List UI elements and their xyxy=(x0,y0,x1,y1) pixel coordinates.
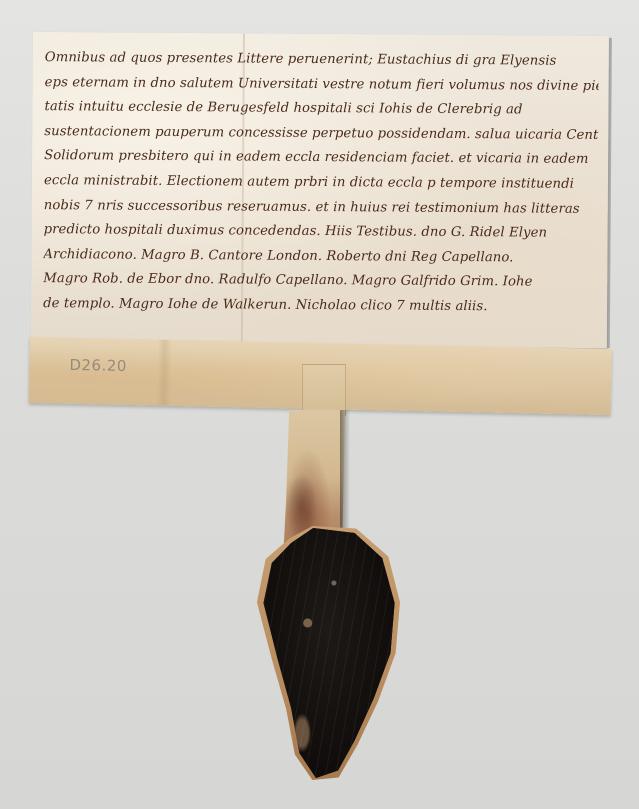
text-line-6: eccla ministrabit. Electionem autem prbr… xyxy=(44,169,598,197)
wax-seal xyxy=(258,528,396,778)
tag-shadow xyxy=(340,410,350,530)
parchment-sheet: Omnibus ad quos presentes Littere peruen… xyxy=(31,32,609,348)
text-line-5: Solidorum presbitero qui in eadem eccla … xyxy=(44,144,598,172)
tag-slot xyxy=(302,364,346,416)
text-line-1: Omnibus ad quos presentes Littere peruen… xyxy=(45,46,599,74)
text-line-3: tatis intuitu ecclesie de Berugesfeld ho… xyxy=(44,95,598,123)
charter-text: Omnibus ad quos presentes Littere peruen… xyxy=(43,46,599,320)
reference-number: D26.20 xyxy=(69,356,127,375)
text-line-8: predicto hospitali duximus concedendas. … xyxy=(44,218,598,246)
text-line-10: Magro Rob. de Ebor dno. Radulfo Capellan… xyxy=(43,267,597,295)
charter-photograph: Omnibus ad quos presentes Littere peruen… xyxy=(0,0,639,809)
text-line-11: de templo. Magro Iohe de Walkerun. Nicho… xyxy=(43,292,597,320)
